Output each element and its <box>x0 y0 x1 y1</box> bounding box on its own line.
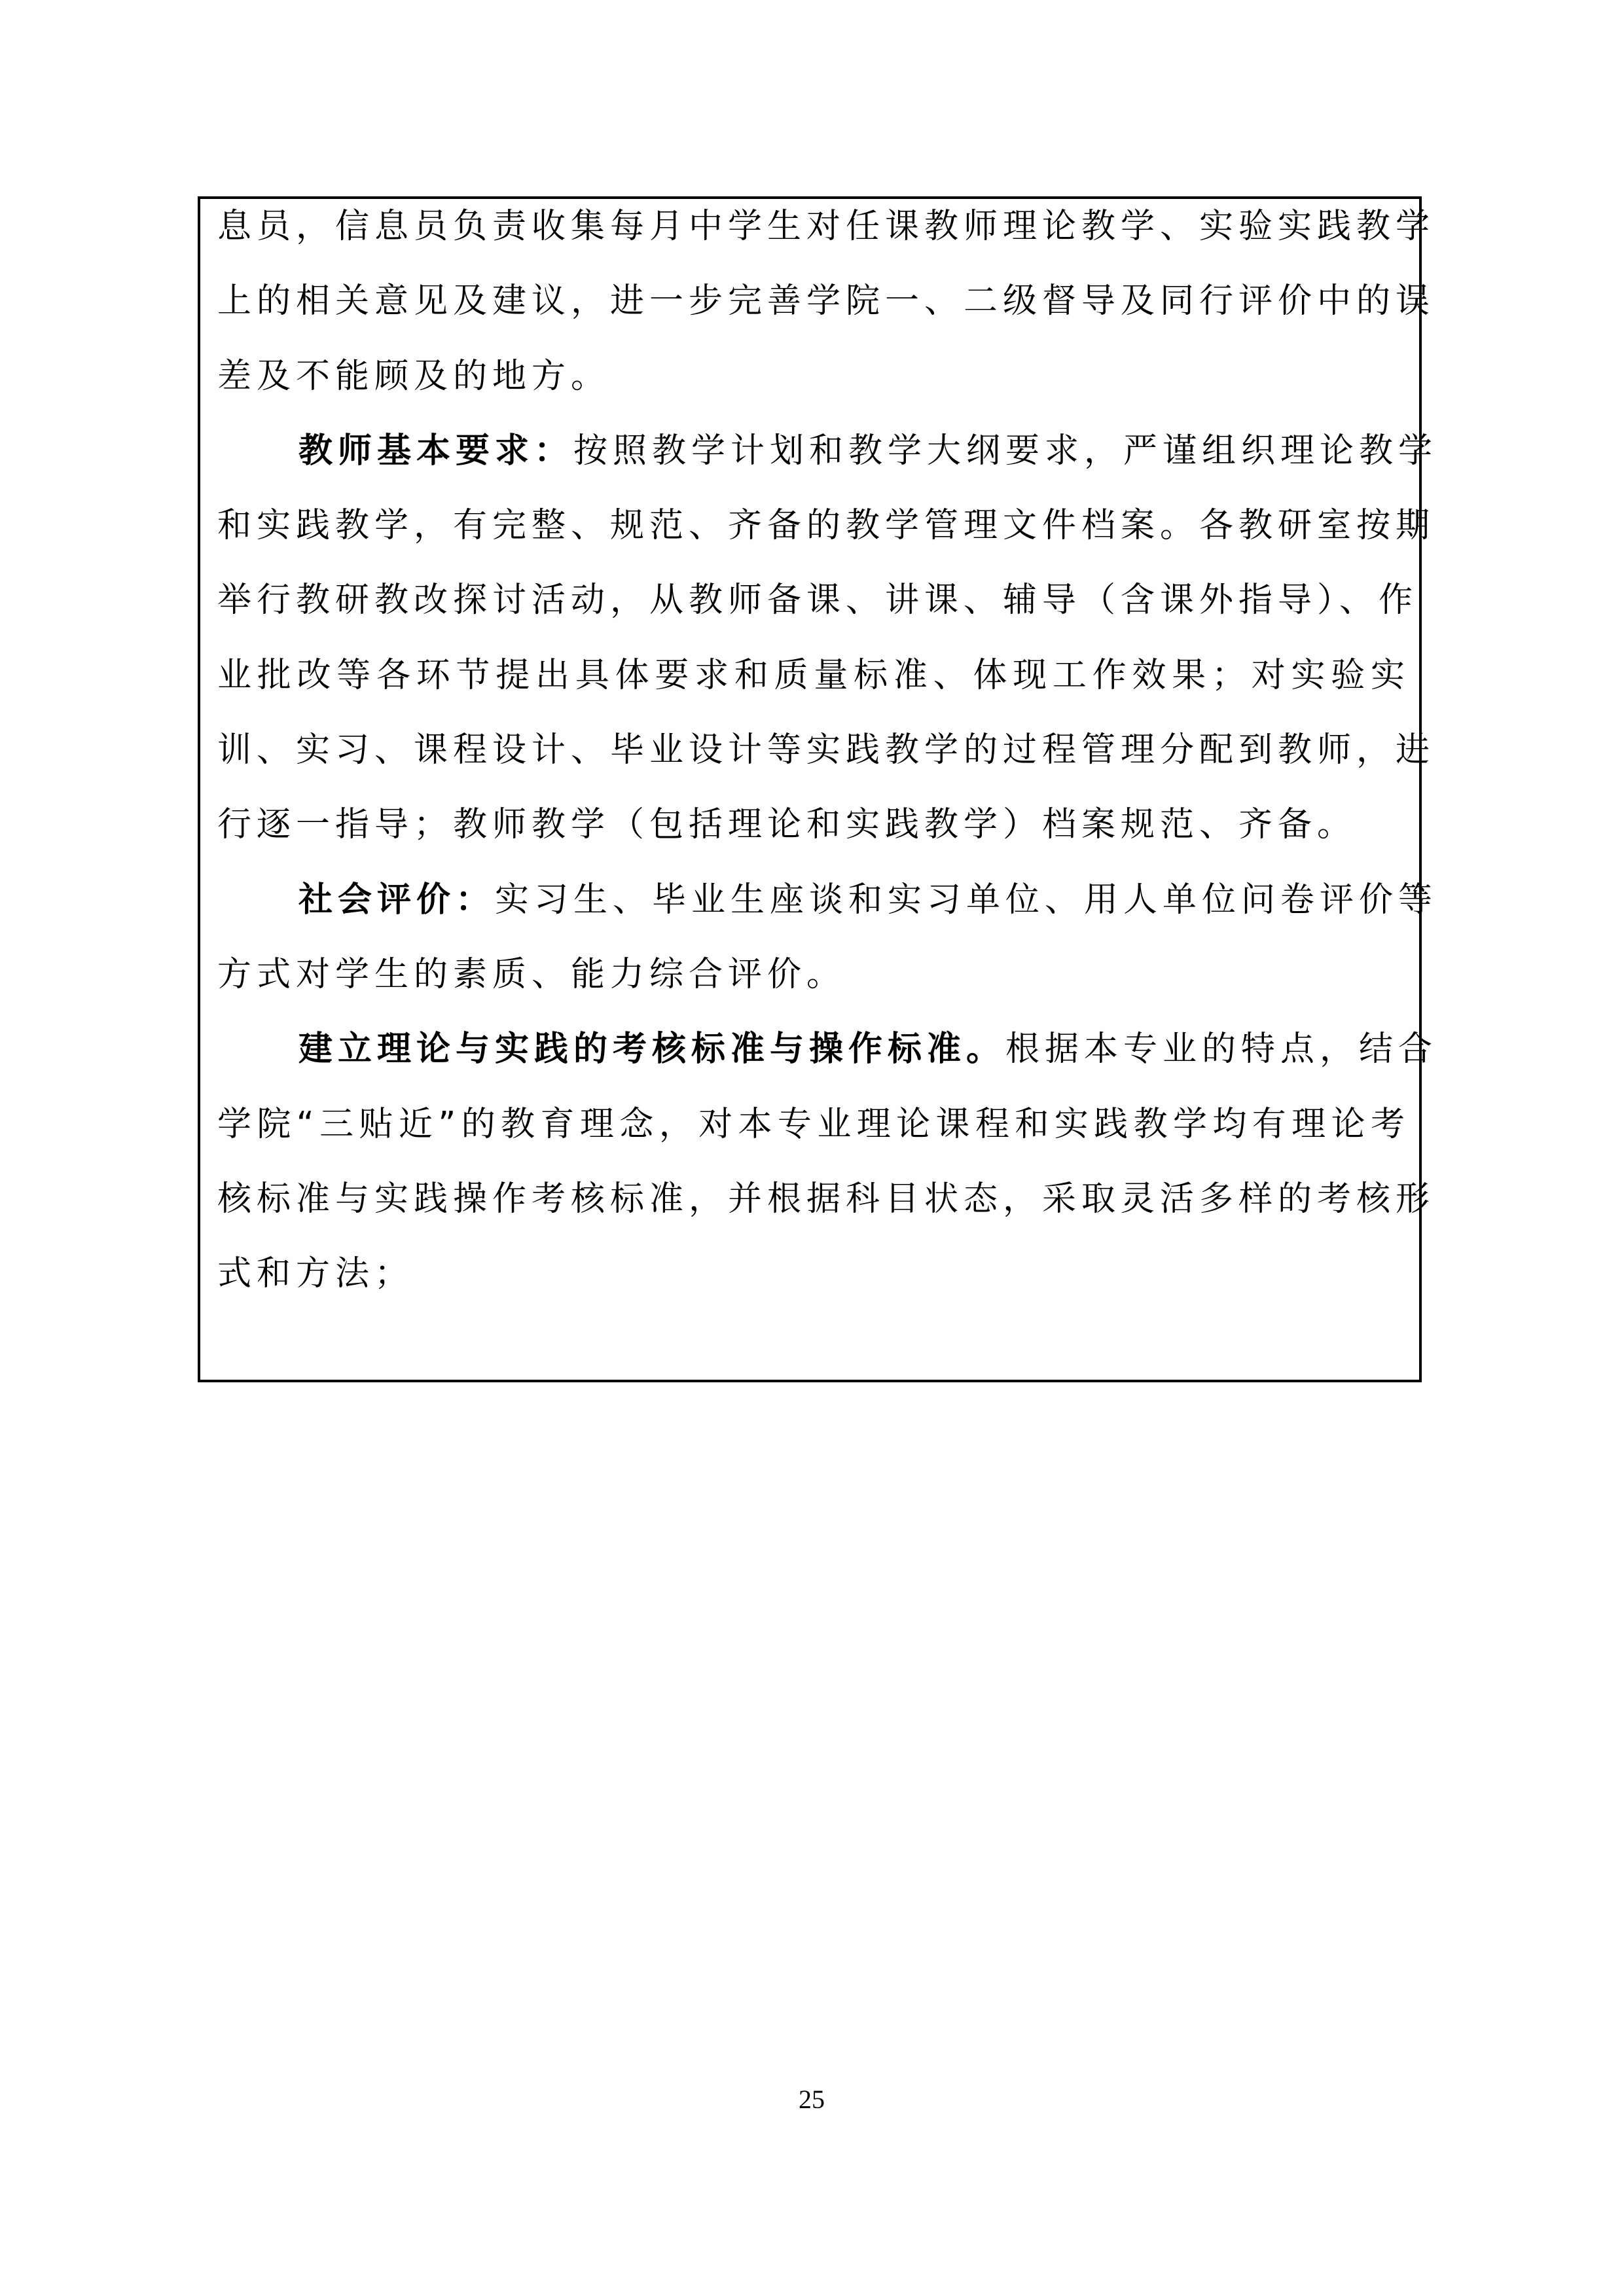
line-text: 实习生、毕业生座谈和实习单位、用人单位问卷评价等 <box>495 880 1437 920</box>
text-line: 方式对学生的素质、能力综合评价。 <box>217 955 1410 1030</box>
line-text: 行逐一指导；教师教学（包括理论和实践教学）档案规范、齐备。 <box>217 805 1356 844</box>
line-text: 根据本专业的特点，结合 <box>1005 1030 1437 1069</box>
line-text: 训、实习、课程设计、毕业设计等实践教学的过程管理分配到教师，进 <box>217 730 1435 770</box>
line-text: 差及不能顾及的地方。 <box>217 357 610 396</box>
line-text: 按照教学计划和教学大纲要求，严谨组织理论教学 <box>573 431 1437 471</box>
text-line: 学院“三贴近”的教育理念，对本专业理论课程和实践教学均有理论考 <box>217 1105 1410 1179</box>
text-line: 息员，信息员负责收集每月中学生对任课教师理论教学、实验实践教学 <box>217 207 1410 281</box>
line-text: 方式对学生的素质、能力综合评价。 <box>217 955 846 994</box>
text-line: 上的相关意见及建议，进一步完善学院一、二级督导及同行评价中的误 <box>217 281 1410 356</box>
line-text: 和实践教学，有完整、规范、齐备的教学管理文件档案。各教研室按期 <box>217 506 1435 545</box>
line-text: 息员，信息员负责收集每月中学生对任课教师理论教学、实验实践教学 <box>217 207 1435 246</box>
text-line: 式和方法； <box>217 1254 1410 1329</box>
text-line: 训、实习、课程设计、毕业设计等实践教学的过程管理分配到教师，进 <box>217 730 1410 805</box>
text-line: 教师基本要求：按照教学计划和教学大纲要求，严谨组织理论教学 <box>217 431 1410 506</box>
paragraph-heading-assessment-standards: 建立理论与实践的考核标准与操作标准。 <box>298 1030 1005 1069</box>
text-line: 建立理论与实践的考核标准与操作标准。根据本专业的特点，结合 <box>217 1030 1410 1104</box>
line-text: 业批改等各环节提出具体要求和质量标准、体现工作效果；对实验实 <box>217 656 1410 695</box>
page-number: 25 <box>785 2085 838 2114</box>
line-text: 举行教研教改探讨活动，从教师备课、讲课、辅导（含课外指导）、作 <box>217 581 1418 620</box>
text-lines: 息员，信息员负责收集每月中学生对任课教师理论教学、实验实践教学 上的相关意见及建… <box>217 207 1410 1329</box>
text-line: 举行教研教改探讨活动，从教师备课、讲课、辅导（含课外指导）、作 <box>217 581 1410 655</box>
text-line: 差及不能顾及的地方。 <box>217 357 1410 431</box>
text-line: 和实践教学，有完整、规范、齐备的教学管理文件档案。各教研室按期 <box>217 506 1410 581</box>
paragraph-heading-teacher-requirements: 教师基本要求： <box>298 431 573 471</box>
text-line: 业批改等各环节提出具体要求和质量标准、体现工作效果；对实验实 <box>217 656 1410 730</box>
text-line: 社会评价：实习生、毕业生座谈和实习单位、用人单位问卷评价等 <box>217 880 1410 955</box>
line-text: 式和方法； <box>217 1254 414 1293</box>
line-text: 上的相关意见及建议，进一步完善学院一、二级督导及同行评价中的误 <box>217 281 1435 321</box>
line-text: 核标准与实践操作考核标准，并根据科目状态，采取灵活多样的考核形 <box>217 1179 1435 1219</box>
text-line: 核标准与实践操作考核标准，并根据科目状态，采取灵活多样的考核形 <box>217 1179 1410 1254</box>
line-text: 学院“三贴近”的教育理念，对本专业理论课程和实践教学均有理论考 <box>217 1105 1410 1144</box>
content-table-cell: 息员，信息员负责收集每月中学生对任课教师理论教学、实验实践教学 上的相关意见及建… <box>198 196 1422 1382</box>
paragraph-heading-social-evaluation: 社会评价： <box>298 880 495 920</box>
text-line: 行逐一指导；教师教学（包括理论和实践教学）档案规范、齐备。 <box>217 805 1410 880</box>
